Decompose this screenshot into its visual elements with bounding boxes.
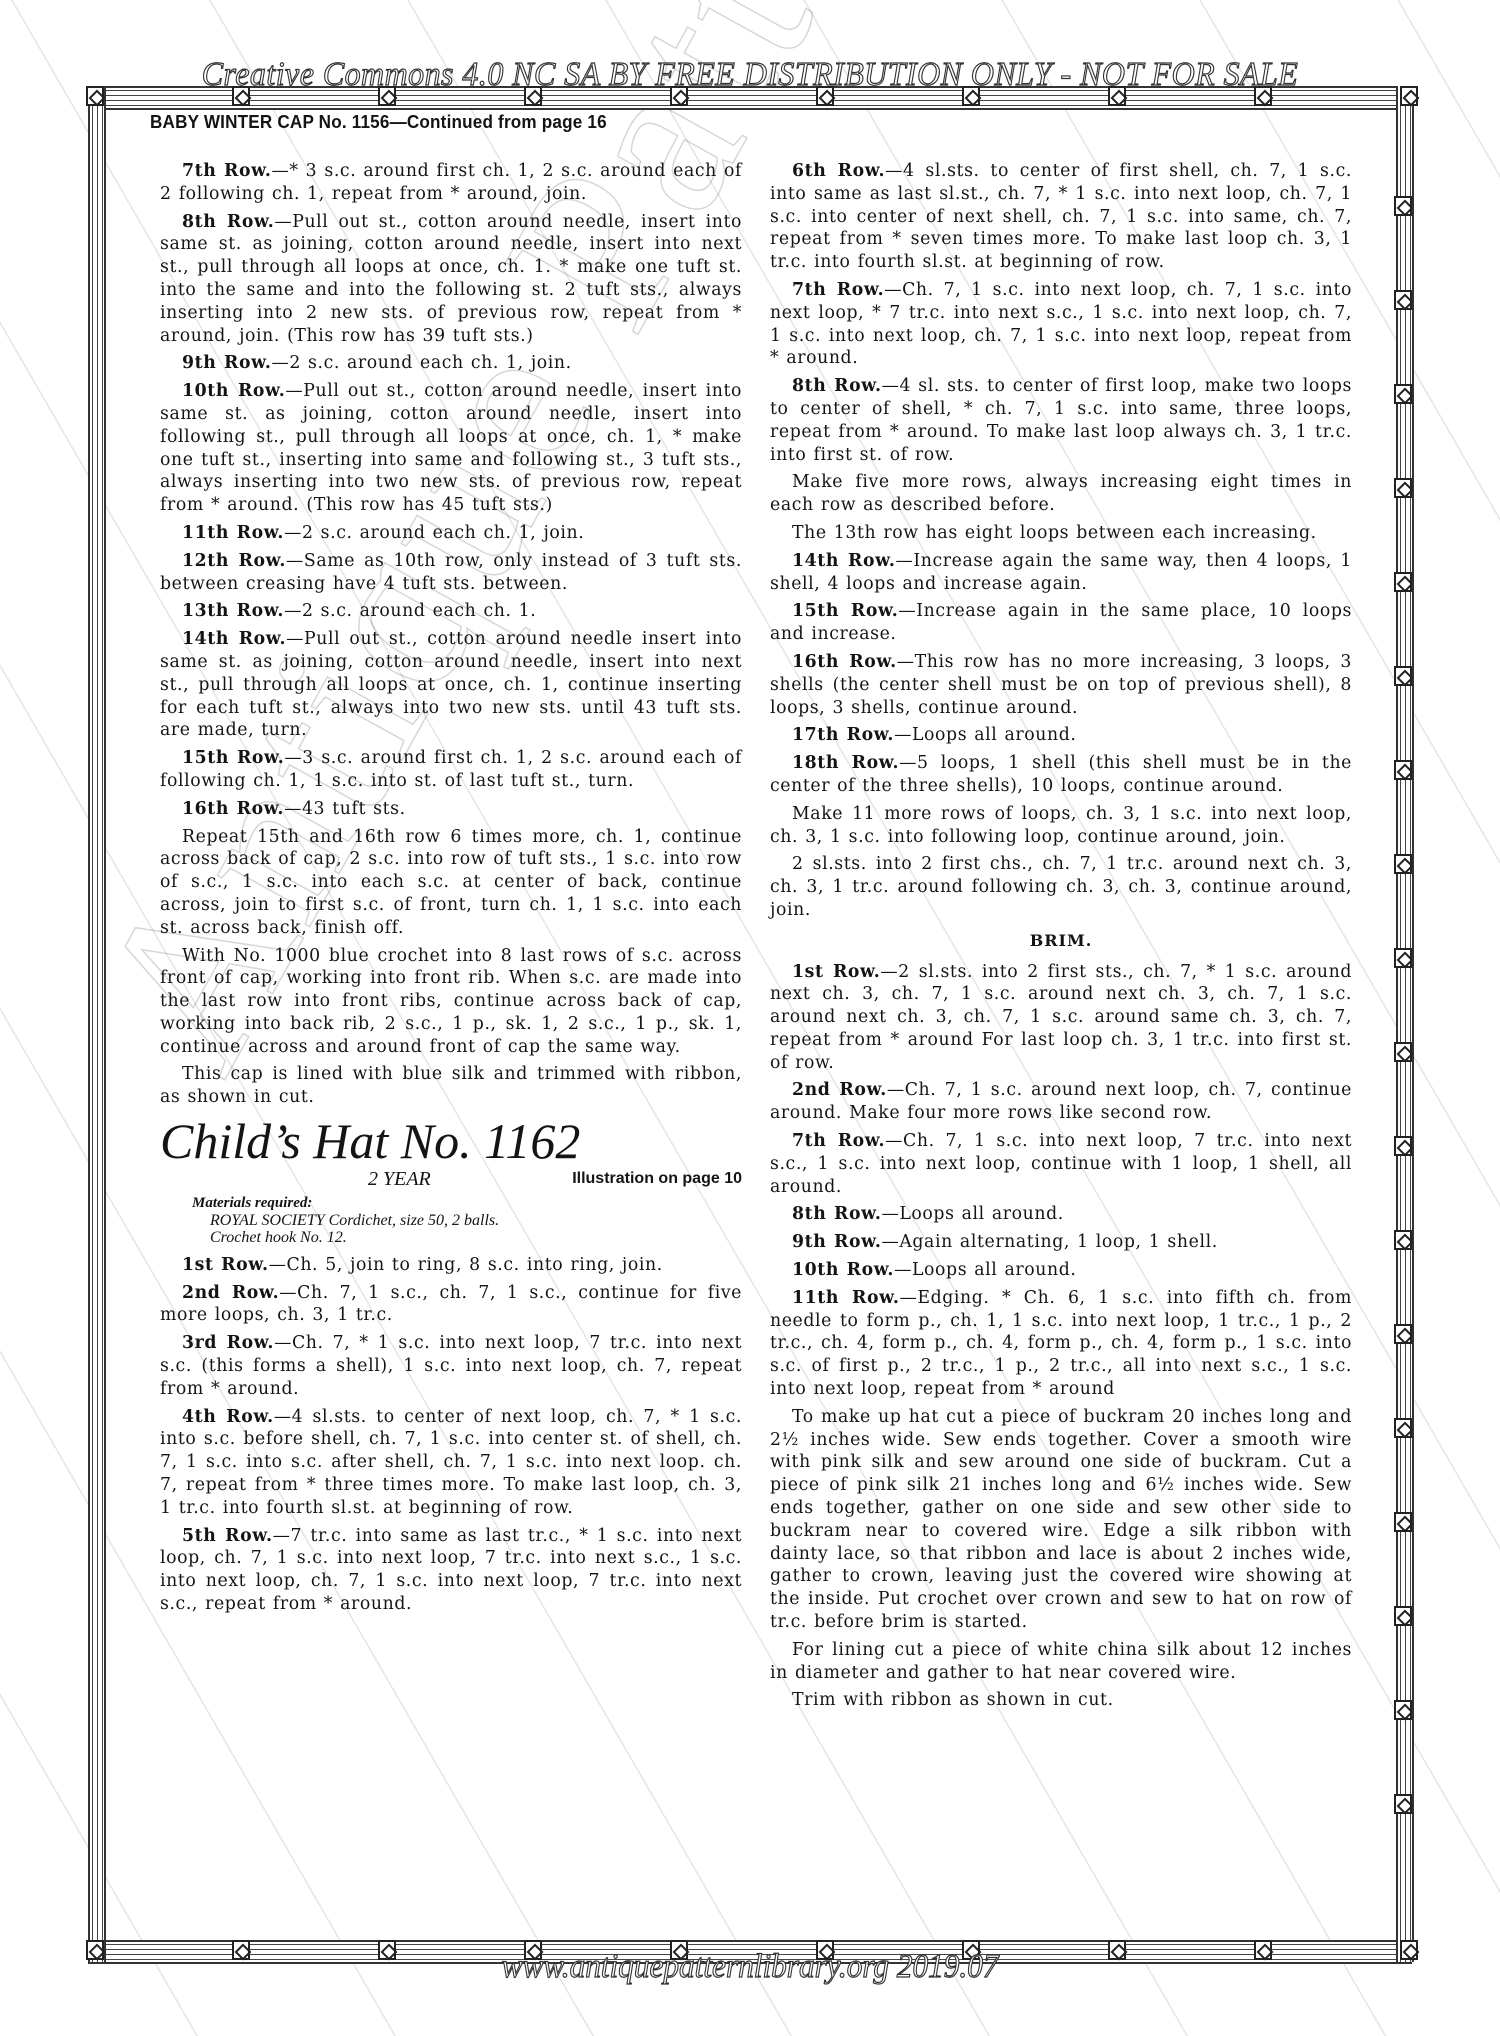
border-knot-icon [1394,666,1412,686]
row-label: 11th Row. [182,523,284,543]
border-knot-icon [86,1940,104,1960]
crown-continued-instructions: 6th Row.—4 sl.sts. to center of first sh… [770,160,1352,922]
pattern-meta: 2 YEAR Illustration on page 10 [160,1168,742,1191]
row-instruction: 13th Row.—2 s.c. around each ch. 1. [160,600,742,623]
row-label: 17th Row. [792,725,894,745]
hat-crown-instructions: 1st Row.—Ch. 5, join to ring, 8 s.c. int… [160,1254,742,1616]
row-label: 4th Row. [182,1407,274,1427]
row-label: 1st Row. [182,1255,269,1275]
row-instruction: 9th Row.—2 s.c. around each ch. 1, join. [160,352,742,375]
illustration-ref: Illustration on page 10 [572,1168,742,1191]
row-label: 5th Row. [182,1526,273,1546]
row-instruction: 16th Row.—43 tuft sts. [160,798,742,821]
border-knot-icon [1394,1794,1412,1814]
row-label: 16th Row. [182,799,284,819]
border-knot-icon [1394,1418,1412,1438]
row-label: 13th Row. [182,601,284,621]
border-knot-icon [1254,86,1272,106]
row-instruction: 6th Row.—4 sl.sts. to center of first sh… [770,160,1352,274]
pattern-title: Child’s Hat No. 1162 [160,1114,742,1168]
ornamental-border-right [1396,86,1414,1962]
border-knot-icon [1394,1230,1412,1250]
row-instruction: 8th Row.—4 sl. sts. to center of first l… [770,375,1352,466]
row-instruction: 9th Row.—Again alternating, 1 loop, 1 sh… [770,1231,1352,1254]
size-label: 2 YEAR [368,1168,431,1191]
instruction-paragraph: To make up hat cut a piece of buckram 20… [770,1406,1352,1634]
row-label: 8th Row. [792,1204,881,1224]
instruction-paragraph: 2 sl.sts. into 2 first chs., ch. 7, 1 tr… [770,853,1352,921]
border-knot-icon [1254,1940,1272,1960]
row-text: 2 sl.sts. into 2 first chs., ch. 7, 1 tr… [770,854,1352,920]
border-knot-icon [378,1940,396,1960]
row-instruction: 14th Row.—Pull out st., cotton around ne… [160,628,742,742]
row-instruction: 1st Row.—2 sl.sts. into 2 first sts., ch… [770,961,1352,1075]
row-instruction: 2nd Row.—Ch. 7, 1 s.c., ch. 7, 1 s.c., c… [160,1282,742,1328]
row-text: —43 tuft sts. [284,799,406,819]
row-text: With No. 1000 blue crochet into 8 last r… [160,946,742,1057]
source-url-banner: www.antiquepatternlibrary.org 2019.07 [419,1948,1081,1986]
border-knot-icon [1394,572,1412,592]
border-knot-icon [816,86,834,106]
row-instruction: 7th Row.—Ch. 7, 1 s.c. into next loop, 7… [770,1130,1352,1198]
row-label: 9th Row. [182,353,271,373]
row-instruction: 16th Row.—This row has no more increasin… [770,651,1352,719]
row-text: Make 11 more rows of loops, ch. 3, 1 s.c… [770,804,1352,847]
border-knot-icon [1394,384,1412,404]
row-text: —Pull out st., cotton around needle, ins… [160,381,742,515]
row-label: 14th Row. [182,629,286,649]
row-text: —2 s.c. around each ch. 1, join. [284,523,584,543]
left-column: 7th Row.—* 3 s.c. around first ch. 1, 2 … [160,160,742,1621]
border-knot-icon [1394,854,1412,874]
row-text: Repeat 15th and 16th row 6 times more, c… [160,827,742,938]
border-knot-icon [670,86,688,106]
row-label: 12th Row. [182,551,286,571]
row-label: 7th Row. [792,280,884,300]
materials-list: Materials required: ROYAL SOCIETY Cordic… [192,1195,742,1246]
cap-instructions: 7th Row.—* 3 s.c. around first ch. 1, 2 … [160,160,742,1109]
row-text: This cap is lined with blue silk and tri… [160,1064,742,1107]
row-instruction: 14th Row.—Increase again the same way, t… [770,550,1352,596]
border-knot-icon [524,86,542,106]
row-text: —Loops all around. [894,725,1076,745]
instruction-paragraph: Repeat 15th and 16th row 6 times more, c… [160,826,742,940]
row-instruction: 8th Row.—Pull out st., cotton around nee… [160,211,742,348]
row-instruction: 1st Row.—Ch. 5, join to ring, 8 s.c. int… [160,1254,742,1277]
row-label: 7th Row. [792,1131,885,1151]
row-instruction: 7th Row.—* 3 s.c. around first ch. 1, 2 … [160,160,742,206]
border-knot-icon [1108,86,1126,106]
border-knot-icon [1394,478,1412,498]
material-item: ROYAL SOCIETY Cordichet, size 50, 2 ball… [210,1212,742,1229]
row-text: —Loops all around. [894,1260,1076,1280]
row-text: —Loops all around. [881,1204,1063,1224]
border-knot-icon [1108,1940,1126,1960]
row-text: Trim with ribbon as shown in cut. [792,1690,1114,1710]
row-instruction: 12th Row.—Same as 10th row, only instead… [160,550,742,596]
border-knot-icon [1394,1042,1412,1062]
instruction-paragraph: Make five more rows, always increasing e… [770,471,1352,517]
instruction-paragraph: Make 11 more rows of loops, ch. 3, 1 s.c… [770,803,1352,849]
row-text: Make five more rows, always increasing e… [770,472,1352,515]
row-label: 16th Row. [792,652,897,672]
row-instruction: 15th Row.—Increase again in the same pla… [770,600,1352,646]
row-instruction: 3rd Row.—Ch. 7, * 1 s.c. into next loop,… [160,1332,742,1400]
row-instruction: 5th Row.—7 tr.c. into same as last tr.c.… [160,1525,742,1616]
row-label: 3rd Row. [182,1333,274,1353]
border-knot-icon [962,86,980,106]
row-instruction: 4th Row.—4 sl.sts. to center of next loo… [160,1406,742,1520]
instruction-paragraph: The 13th row has eight loops between eac… [770,522,1352,545]
border-knot-icon [1394,1324,1412,1344]
border-knot-icon [86,86,104,106]
row-instruction: 8th Row.—Loops all around. [770,1203,1352,1226]
row-label: 10th Row. [182,381,285,401]
instruction-paragraph: With No. 1000 blue crochet into 8 last r… [160,945,742,1059]
border-knot-icon [1394,948,1412,968]
row-instruction: 2nd Row.—Ch. 7, 1 s.c. around next loop,… [770,1079,1352,1125]
brim-heading: BRIM. [770,930,1352,953]
row-label: 15th Row. [792,601,898,621]
row-instruction: 15th Row.—3 s.c. around first ch. 1, 2 s… [160,747,742,793]
row-text: The 13th row has eight loops between eac… [792,523,1317,543]
border-knot-icon [1394,760,1412,780]
row-label: 18th Row. [792,753,899,773]
row-instruction: 18th Row.—5 loops, 1 shell (this shell m… [770,752,1352,798]
border-knot-icon [378,86,396,106]
border-knot-icon [1394,1606,1412,1626]
instruction-paragraph: For lining cut a piece of white china si… [770,1639,1352,1685]
row-label: 7th Row. [182,161,271,181]
row-label: 2nd Row. [182,1283,279,1303]
row-text: —2 s.c. around each ch. 1, join. [271,353,571,373]
row-label: 8th Row. [182,212,274,232]
row-label: 1st Row. [792,962,880,982]
row-instruction: 7th Row.—Ch. 7, 1 s.c. into next loop, c… [770,279,1352,370]
instruction-paragraph: Trim with ribbon as shown in cut. [770,1689,1352,1712]
row-text: For lining cut a piece of white china si… [770,1640,1352,1683]
brim-instructions: 1st Row.—2 sl.sts. into 2 first sts., ch… [770,961,1352,1713]
material-item: Crochet hook No. 12. [210,1229,742,1246]
row-label: 15th Row. [182,748,284,768]
row-text: —2 s.c. around each ch. 1. [284,601,536,621]
ornamental-border-left [88,86,106,1962]
row-text: —Ch. 5, join to ring, 8 s.c. into ring, … [269,1255,663,1275]
instruction-paragraph: This cap is lined with blue silk and tri… [160,1063,742,1109]
row-label: 14th Row. [792,551,895,571]
row-label: 10th Row. [792,1260,894,1280]
border-knot-icon [1400,1940,1418,1960]
border-knot-icon [1400,86,1418,106]
row-label: 8th Row. [792,376,882,396]
row-label: 2nd Row. [792,1080,887,1100]
materials-label: Materials required: [192,1195,742,1212]
border-knot-icon [232,86,250,106]
row-instruction: 11th Row.—Edging. * Ch. 6, 1 s.c. into f… [770,1287,1352,1401]
border-knot-icon [1394,1512,1412,1532]
border-knot-icon [232,1940,250,1960]
border-knot-icon [1394,1700,1412,1720]
right-column: 6th Row.—4 sl.sts. to center of first sh… [770,160,1352,1717]
border-knot-icon [1394,1136,1412,1156]
row-label: 6th Row. [792,161,885,181]
row-label: 11th Row. [792,1288,899,1308]
ornamental-border-top [88,86,1412,110]
row-instruction: 11th Row.—2 s.c. around each ch. 1, join… [160,522,742,545]
row-instruction: 17th Row.—Loops all around. [770,724,1352,747]
row-text: —Again alternating, 1 loop, 1 shell. [881,1232,1217,1252]
hat-pattern-heading: Child’s Hat No. 1162 2 YEAR Illustration… [160,1114,742,1246]
row-instruction: 10th Row.—Loops all around. [770,1259,1352,1282]
row-text: To make up hat cut a piece of buckram 20… [770,1407,1352,1632]
border-knot-icon [1394,290,1412,310]
continuation-header: BABY WINTER CAP No. 1156—Continued from … [150,112,607,133]
row-instruction: 10th Row.—Pull out st., cotton around ne… [160,380,742,517]
border-knot-icon [1394,196,1412,216]
row-label: 9th Row. [792,1232,881,1252]
